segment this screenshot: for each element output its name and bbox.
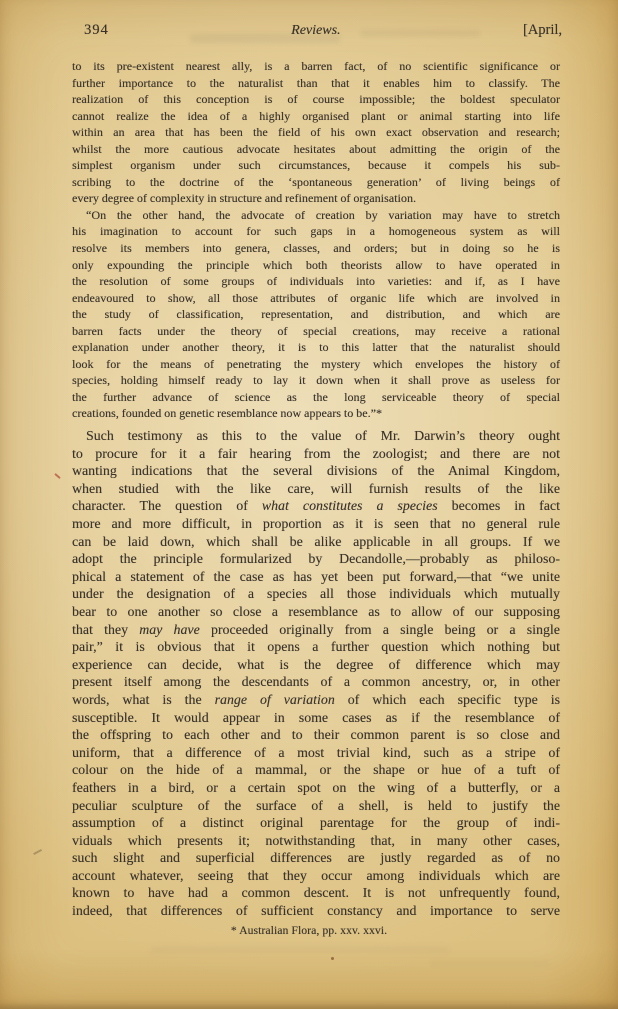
text-line: within an area that has been the field o… <box>72 124 560 141</box>
text-line: such slight and superficial differences … <box>72 849 560 867</box>
text-line: account whatever, seeing that they occur… <box>72 867 560 885</box>
text-line: resolve its members into genera, classes… <box>72 240 560 257</box>
text-line: more and more difficult, in proportion a… <box>72 515 560 533</box>
text-line: known to have had a common descent. It i… <box>72 884 560 902</box>
paper-scratch <box>33 849 42 855</box>
body-paragraph-1: Such testimony as this to the value of M… <box>72 427 560 920</box>
text-line: to its pre-existent nearest ally, is a b… <box>72 58 560 75</box>
text-line: barren facts under the theory of special… <box>72 323 560 340</box>
text-line: the offspring to each other and to their… <box>72 726 560 744</box>
text-line: creations, founded on genetic resemblanc… <box>72 405 560 422</box>
text-line: present itself among the descendants of … <box>72 673 560 691</box>
text-line: realization of this conception is of cou… <box>72 91 560 108</box>
text-line: phical a statement of the case as has ye… <box>72 568 560 586</box>
page-content: to its pre-existent nearest ally, is a b… <box>72 58 560 920</box>
quoted-extract-block: to its pre-existent nearest ally, is a b… <box>72 58 560 422</box>
body-text-block: Such testimony as this to the value of M… <box>72 427 560 920</box>
ink-speck <box>54 473 61 479</box>
page-bottom-edge <box>0 1003 618 1009</box>
issue-date-label: [April, <box>523 22 562 39</box>
paper-speck <box>331 957 334 960</box>
text-line: to procure for it a fair hearing from th… <box>72 445 560 463</box>
text-line: colour on the hide of a mammal, or the s… <box>72 761 560 779</box>
text-line: indeed, that differences of sufficient c… <box>72 902 560 920</box>
text-line: “On the other hand, the advocate of crea… <box>72 207 560 224</box>
text-line: wanting indications that the several div… <box>72 462 560 480</box>
text-line: words, what is the range of variation of… <box>72 691 560 709</box>
footnote: * Australian Flora, pp. xxv. xxvi. <box>0 924 618 937</box>
text-line: every degree of complexity in structure … <box>72 190 560 207</box>
text-line: his imagination to account for such gaps… <box>72 223 560 240</box>
text-line: feathers in a bird, or a certain spot on… <box>72 779 560 797</box>
text-line: species, holding himself ready to lay it… <box>72 372 560 389</box>
text-line: further importance to the naturalist tha… <box>72 75 560 92</box>
text-line: when studied with the like care, will fu… <box>72 480 560 498</box>
text-line: susceptible. It would appear in some cas… <box>72 709 560 727</box>
running-title: Reviews. <box>109 23 523 39</box>
text-line: viduals which presents it; notwithstandi… <box>72 832 560 850</box>
text-line: under the designation of a species all t… <box>72 585 560 603</box>
text-line: bear to one another so close a resemblan… <box>72 603 560 621</box>
text-line: the resolution of some groups of individ… <box>72 273 560 290</box>
show-through-mark <box>150 946 450 954</box>
text-line: whilst the more cautious advocate hesita… <box>72 141 560 158</box>
text-line: pair,” it is obvious that it opens a fur… <box>72 638 560 656</box>
text-line: character. The question of what constitu… <box>72 497 560 515</box>
text-line: look for the means of penetrating the my… <box>72 356 560 373</box>
text-line: cannot realize the idea of a highly orga… <box>72 108 560 125</box>
text-line: Such testimony as this to the value of M… <box>72 427 560 445</box>
text-line: scribing to the doctrine of the ‘spontan… <box>72 174 560 191</box>
text-line: experience can decide, what is the degre… <box>72 656 560 674</box>
text-line: the further advance of science as the lo… <box>72 389 560 406</box>
scanned-book-page: 394 Reviews. [April, to its pre-existent… <box>0 0 618 1009</box>
text-line: explanation under another theory, it is … <box>72 339 560 356</box>
show-through-mark <box>430 960 550 967</box>
extract-paragraph-2: “On the other hand, the advocate of crea… <box>72 207 560 422</box>
text-line: endeavoured to show, all those attribute… <box>72 290 560 307</box>
text-line: that they may have proceeded originally … <box>72 621 560 639</box>
text-line: peculiar sculpture of the surface of a s… <box>72 797 560 815</box>
text-line: simplest organism under such circumstanc… <box>72 157 560 174</box>
page-number: 394 <box>84 22 109 39</box>
text-line: only expounding the principle which both… <box>72 257 560 274</box>
text-line: adopt the principle formularized by Deca… <box>72 550 560 568</box>
text-line: can be laid down, which shall be alike a… <box>72 533 560 551</box>
text-line: the study of classification, representat… <box>72 306 560 323</box>
page-header: 394 Reviews. [April, <box>84 22 562 42</box>
text-line: uniform, that a difference of a most tri… <box>72 744 560 762</box>
text-line: assumption of a distinct original parent… <box>72 814 560 832</box>
extract-paragraph-1: to its pre-existent nearest ally, is a b… <box>72 58 560 207</box>
